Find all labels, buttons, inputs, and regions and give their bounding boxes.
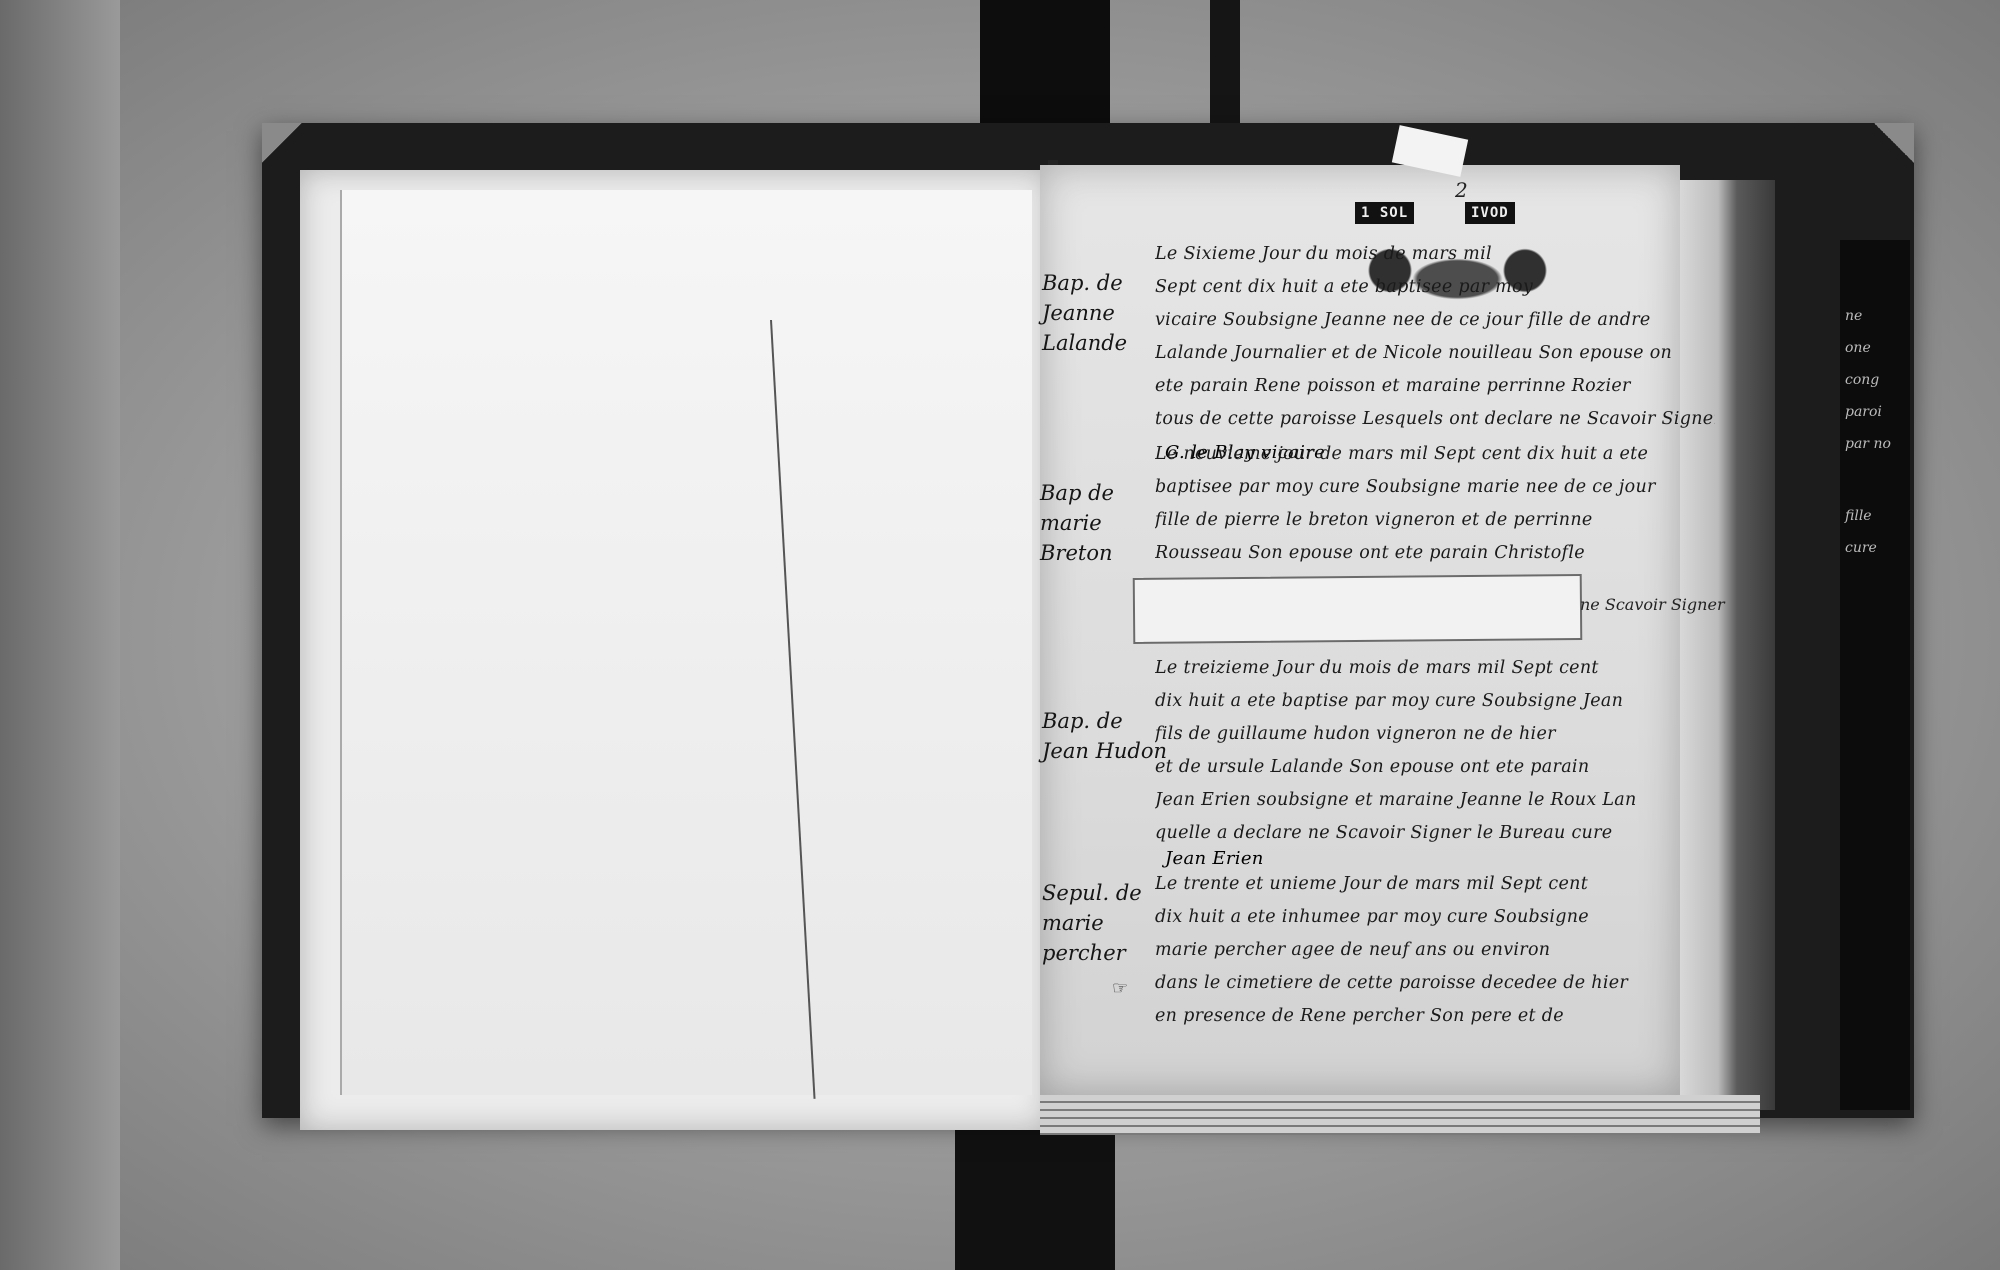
background-shadow-left [0, 0, 120, 1270]
entry-line: quelle a declare ne Scavoir Signer le Bu… [1155, 817, 1715, 850]
entry-line: ne Scavoir Signer [1580, 595, 1725, 614]
entry-line: Le trente et unieme Jour de mars mil Sep… [1155, 868, 1715, 901]
entry-line: fille de pierre le breton vigneron et de… [1155, 504, 1715, 537]
blank-page [340, 190, 1032, 1095]
pointing-hand-icon: ☞ [1112, 978, 1128, 999]
stamp-label-left: 1 SOL [1355, 202, 1414, 224]
entry-line: Lalande Journalier et de Nicole nouillea… [1155, 337, 1715, 370]
entry-line: baptisee par moy cure Soubsigne marie ne… [1155, 471, 1715, 504]
entry-line: marie percher agee de neuf ans ou enviro… [1155, 934, 1715, 967]
edge-fragments: ne one cong paroi par no fille cure [1845, 300, 1905, 564]
entry-line: vicaire Soubsigne Jeanne nee de ce jour … [1155, 304, 1715, 337]
cover-corner [1874, 123, 1914, 163]
margin-line: percher [1042, 938, 1147, 968]
register-entry-4: Le trente et unieme Jour de mars mil Sep… [1155, 868, 1715, 1033]
entry-line: Rousseau Son epouse ont ete parain Chris… [1155, 537, 1715, 570]
margin-line: Bap. de [1042, 706, 1147, 736]
entry-line: fils de guillaume hudon vigneron ne de h… [1155, 718, 1715, 751]
folio-number: 2 [1455, 178, 1468, 202]
register-entry-3: Le treizieme Jour du mois de mars mil Se… [1155, 652, 1715, 868]
scanner-bar-top-right [1210, 0, 1240, 130]
entry-line: dix huit a ete inhumee par moy cure Soub… [1155, 901, 1715, 934]
entry-line: Jean Erien soubsigne et maraine Jeanne l… [1155, 784, 1715, 817]
edge-fragment: one [1845, 332, 1905, 364]
margin-note-entry-2: Bap de marie Breton [1040, 478, 1145, 568]
entry-line: dix huit a ete baptise par moy cure Soub… [1155, 685, 1715, 718]
entry-line: et de ursule Lalande Son epouse ont ete … [1155, 751, 1715, 784]
margin-line: Jeanne [1042, 298, 1147, 328]
scanner-band-top [980, 0, 1110, 140]
entry-line: en presence de Rene percher Son pere et … [1155, 1000, 1715, 1033]
margin-line: Breton [1040, 538, 1145, 568]
entry-line: Le Sixieme Jour du mois de mars mil [1155, 238, 1715, 271]
entry-line: dans le cimetiere de cette paroisse dece… [1155, 967, 1715, 1000]
left-page [300, 170, 1048, 1130]
spacer [1845, 460, 1905, 500]
entry-line: tous de cette paroisse Lesquels ont decl… [1155, 403, 1715, 436]
margin-line: marie [1042, 908, 1147, 938]
margin-line: Bap de [1040, 478, 1145, 508]
edge-fragment: paroi [1845, 396, 1905, 428]
cover-corner [262, 123, 302, 163]
signature: Jean Erien [1155, 850, 1715, 868]
margin-note-entry-3: Bap. de Jean Hudon [1042, 706, 1147, 766]
entry-line: ete parain Rene poisson et maraine perri… [1155, 370, 1715, 403]
edge-fragment: fille [1845, 500, 1905, 532]
edge-fragment: cong [1845, 364, 1905, 396]
page-stack-bottom [1040, 1095, 1760, 1135]
margin-note-entry-1: Bap. de Jeanne Lalande [1042, 268, 1147, 358]
register-entry-1: Le Sixieme Jour du mois de mars mil Sept… [1155, 238, 1715, 469]
entry-line: Le treizieme Jour du mois de mars mil Se… [1155, 652, 1715, 685]
entry-line: Le neuvieme jour de mars mil Sept cent d… [1155, 438, 1715, 471]
pasted-paper-slip [1133, 574, 1583, 644]
edge-fragment: cure [1845, 532, 1905, 564]
stamp-label-right: IVOD [1465, 202, 1515, 224]
edge-fragment: ne [1845, 300, 1905, 332]
margin-line: Lalande [1042, 328, 1147, 358]
scanner-band-bottom [955, 1120, 1115, 1270]
entry-line: Sept cent dix huit a ete baptisee par mo… [1155, 271, 1715, 304]
margin-line: Sepul. de [1042, 878, 1147, 908]
margin-note-entry-4: Sepul. de marie percher [1042, 878, 1147, 968]
edge-fragment: par no [1845, 428, 1905, 460]
margin-line: marie [1040, 508, 1145, 538]
margin-line: Bap. de [1042, 268, 1147, 298]
